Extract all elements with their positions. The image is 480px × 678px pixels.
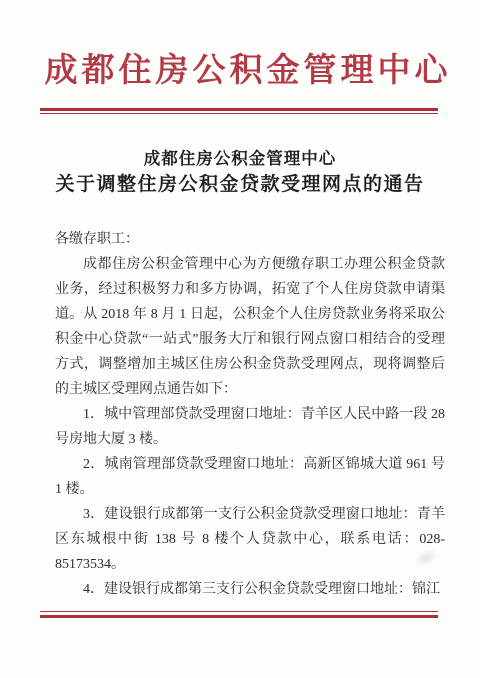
list-item-4-truncated: 4．建设银行成都第三支行公积金贷款受理窗口地址：锦江 xyxy=(55,577,445,602)
document-title: 成都住房公积金管理中心 关于调整住房公积金贷款受理网点的通告 xyxy=(0,146,480,198)
list-item-2: 2．城南管理部贷款受理窗口地址：高新区锦城大道 961 号 1 楼。 xyxy=(55,452,445,502)
salutation: 各缴存职工： xyxy=(55,227,445,252)
masthead-divider-thick-rule xyxy=(40,108,438,111)
agency-masthead: 成都住房公积金管理中心 xyxy=(16,49,480,93)
document-body: 各缴存职工： 成都住房公积金管理中心为方便缴存职工办理公积金贷款业务，经过积极努… xyxy=(55,227,445,602)
document-title-line1: 成都住房公积金管理中心 xyxy=(0,146,480,172)
list-item-3: 3．建设银行成都第一支行公积金贷款受理窗口地址：青羊区东城根中街 138 号 8… xyxy=(55,502,445,577)
masthead-divider-thin-rule xyxy=(40,113,438,114)
list-item-1: 1．城中管理部贷款受理窗口地址：青羊区人民中路一段 28 号房地大厦 3 楼。 xyxy=(55,402,445,452)
document-title-line2: 关于调整住房公积金贷款受理网点的通告 xyxy=(0,172,480,198)
footer-divider-thin-rule xyxy=(40,611,438,612)
scanned-official-notice-page: 成都住房公积金管理中心 成都住房公积金管理中心 关于调整住房公积金贷款受理网点的… xyxy=(0,0,480,678)
intro-paragraph: 成都住房公积金管理中心为方便缴存职工办理公积金贷款业务，经过积极努力和多方协调，… xyxy=(55,252,445,402)
footer-divider-thick-rule xyxy=(40,615,438,618)
